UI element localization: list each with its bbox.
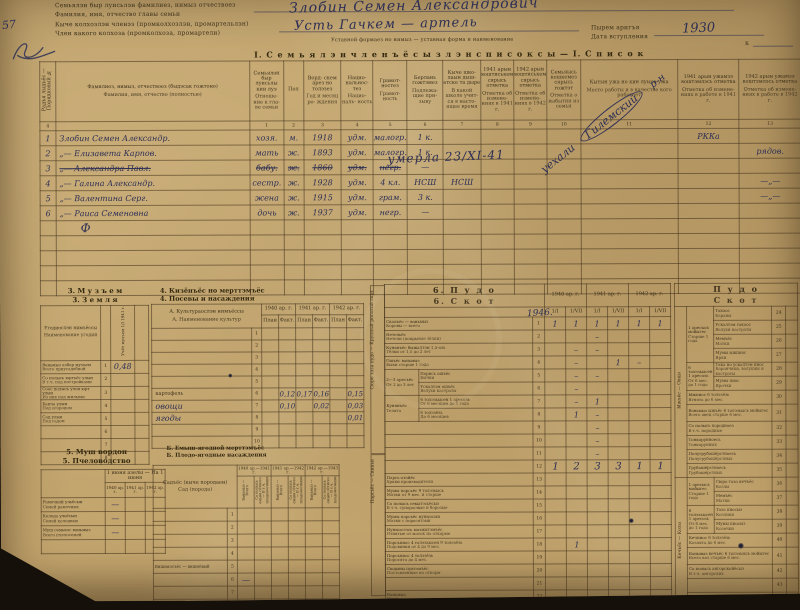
livestock-value [587,356,608,369]
rpanel-label: ГрубошёрстноесьГрубошёрстных [687,463,772,477]
rpanel-label: Ваньмыз кечъёс 6 толэзьысь мойыгесВсего … [687,547,772,564]
label-head-of-family-udm: Семьялэн быр луисьлэн фамилиез, нимыз от… [55,3,236,11]
plan-fact-label: Факт. [347,318,363,323]
label-udm: Нацио- нальнос- тез [342,76,373,92]
rpanel-label: Мумы ыжпиосЯрки [714,348,772,362]
crop-label [152,376,252,388]
member-cell: удм. [341,160,373,175]
fruit-value [237,534,254,547]
label-ru: Всего пчелосемей [43,533,104,537]
member-cell [374,249,408,264]
crop-row: овощи70,100,020,03 [152,400,364,413]
rpanel-number: 43 [773,578,787,592]
header-row: Угодиослэн нимъёссыНаименование угодийУч… [41,305,149,360]
livestock-value [545,577,566,590]
livestock-value [629,473,650,486]
livestock-value [650,512,671,525]
member-cell [514,129,547,144]
crop-value [296,328,313,340]
rpanel-row: 43 [675,578,798,592]
plan-fact-header: План [296,315,313,328]
year-header: 1940 ар. г. [105,482,125,497]
member-name [56,250,250,266]
plan-fact-label: План [296,319,312,324]
livestock-value [629,369,650,382]
rpanel-number: 40 [773,533,787,547]
member-cell [581,204,678,219]
crop-value [347,340,364,352]
rpanel-edge [786,463,798,477]
header-row: Садъёс (кыче породаен)Сад (порода)1940 а… [153,465,339,477]
rpanel-row: 44 [676,592,799,606]
year-label: 1940 ар. г. [262,307,295,313]
crop-value [347,424,364,436]
fruit-row: 4 [153,547,339,561]
livestock-table: 6. П у д о6. С к о т1940 ар. г.1941 ар. … [384,283,672,610]
label-ru [386,441,531,442]
subcol-header: Со полысь емыш сётисез — В т.ч. плодонос… [322,476,339,508]
cell-text: ж. [288,163,300,172]
land-row: 6 [41,426,149,439]
label-ru: Козочки [716,526,771,530]
species-strip-label: Кечъёс — Козы [679,522,684,559]
fruit-row: 6— [153,573,339,587]
livestock-value: 1 [608,356,629,369]
crop-value [330,424,347,436]
year-header: 1942 ар. г. [628,284,670,307]
crop-label [152,364,252,376]
crop-value [262,412,279,424]
rpanel-label: Ыжпиос 6 толэзёзьЯгнята до 6 мес. [687,390,772,404]
year-header: 1940 ар. г. [262,304,296,315]
land-number: 6 [101,426,111,439]
col-header: Садъёс (кыче породаен)Сад (порода) [153,465,237,508]
crop-value [296,340,313,352]
label-ru: Отнятые от маток на откорме [387,532,532,537]
label-kolkhoz-udm: Кыче колхозлэн членэз (промколхозлэн, пр… [55,22,249,30]
livestock-value [650,473,671,486]
fruit-value [271,547,288,560]
livestock-value [608,486,629,499]
livestock-value [545,395,566,408]
livestock-value [650,564,671,577]
crop-value [313,340,330,352]
rpanel-number: 33 [772,435,786,449]
fruit-value [288,573,305,586]
crops-table-container: А. Культураослэн нимъёссыА. Наименование… [151,303,365,449]
rpanel-label: Мумы пиосЯрочки [714,376,772,390]
member-cell [740,233,800,248]
fruit-number: 3 [227,534,237,547]
date-header: 1/I [629,307,650,317]
crop-value: 0,17 [296,388,313,400]
fruit-value [237,521,254,534]
member-name: „— Раиса Семеновна [56,205,250,221]
label-kolkhoz-ru: Член какого колхоза (промколхоза, промар… [55,31,220,38]
year-header: 1940 ар.—1941 г. [237,465,271,476]
crop-value [330,364,347,376]
date-header: 1/VII [608,307,629,317]
member-cell: 1928 [304,175,342,190]
member-cell [481,219,514,234]
member-number [40,266,56,281]
livestock-row: 6 толэзёзьДо 6 месяцев81– [385,408,671,422]
fruit-value [305,560,322,573]
livestock-value [587,551,608,564]
crop-value [262,328,279,340]
label-ru: Отметка о выбытии из семьи [547,94,580,110]
year-label: 1941 ар. г. [126,486,145,495]
livestock-row: Мумы парсьёс 9 толэзьысьМатки от 9 мес. … [385,486,671,500]
col-number: 8 [481,120,514,129]
livestock-value [650,421,671,434]
rpanel-row: ПолугрубошёрстноесьПолугрубошёрстных34 [675,449,798,463]
livestock-label [385,460,533,474]
bees-value [105,539,125,553]
fruit-value [305,573,322,586]
member-cell [408,234,444,249]
member-cell: м. [284,130,304,145]
member-cell [547,174,581,189]
label-ru: А. Наименование культур [152,317,261,323]
member-cell [250,265,284,280]
land-number: 4 [101,400,111,413]
label-ru: В т.ч. под постройками [42,380,99,384]
label-ru: В т.ч. ангорских [689,571,771,575]
livestock-label: 6 толэзёзьДо 6 месяцев [419,408,533,421]
crop-value [347,364,364,376]
spacer [385,307,545,318]
livestock-label: Парсь-атайёсХряки производители [385,473,533,487]
subcol-rotated: Ваньмыз — Всего [310,476,317,506]
livestock-value [545,512,566,525]
livestock-value [651,603,672,610]
member-cell [581,264,678,279]
label-ru: Телята [386,408,417,412]
fruit-number: 6 [227,573,237,586]
sheep-goats-table-container: П у д оС к о тЫжъёс — Овцы1 аресысь мойы… [674,283,799,607]
livestock-label: Со полысь 1 аресозьВ т.ч. до 1 года [386,603,534,610]
fruit-value [288,521,305,534]
member-cell [678,188,740,203]
year-header: 1940 ар. г. [544,284,586,307]
fruit-value [289,599,306,610]
crop-value [313,376,330,388]
label-udm [386,441,531,442]
member-cell [547,189,581,204]
livestock-value: – [587,330,608,343]
livestock-value [567,590,588,603]
rpanel-edge [786,376,798,390]
crop-row: 3 [152,352,364,365]
header-row: А. Культураослэн нимъёссыА. Наименование… [152,304,364,316]
label-head-of-family-ru: Фамилия, имя, отчество главы семьи [55,12,180,19]
member-cell [250,220,284,235]
member-cell: мать [250,145,284,160]
member-cell: грам. [373,189,407,204]
member-number [40,221,56,236]
crop-value [330,376,347,388]
rpanel-row: Со полысь породноезВ т.ч. породные32 [675,421,798,435]
crop-value: 0,16 [313,388,330,400]
land-row: Со полысь юртъёс улынВ т.ч. под постройк… [41,373,149,386]
crop-row: 9 [152,424,364,437]
date-header: 1/I [587,307,608,317]
livestock-value [587,577,608,590]
crop-value: 0,10 [279,400,296,412]
fruit-value: — [237,573,254,586]
crop-value [313,412,330,424]
rpanel-number: 30 [772,390,786,404]
rpanel-edge [786,435,798,449]
livestock-value [587,525,608,538]
livestock-value [608,564,629,577]
livestock-value [546,590,567,603]
fruit-number: 1 [227,508,237,521]
land-label: Соос полысь улон юрт улынИз них под жилы… [41,386,101,400]
land-value [111,400,135,413]
fruit-value [254,508,271,521]
livestock-value [608,577,629,590]
label-ru: В какой школе учит- ся в насто- ящее вре… [443,89,480,111]
label-udm [387,467,532,468]
label-ru: Грамот- ность [374,91,407,102]
crop-value [313,364,330,376]
col-header-rotated: Радъя лыдъёс — Порядковый № [43,62,53,117]
fruit-value [237,547,254,560]
bees-value: — [105,497,125,511]
member-cell [678,203,740,218]
livestock-value [566,512,587,525]
livestock-number: 6 [533,382,545,395]
land-label: Сад улынПод садом [41,413,101,426]
crop-number: 2 [252,340,262,352]
member-cell: 3 к. [407,189,443,204]
header-row: Радъя лыдъёс — Порядковый №Фамилиез, ним… [40,59,800,122]
member-cell: НСШ [443,174,481,189]
member-cell: — [407,204,443,219]
member-cell [342,235,374,250]
label-udm: Со полысь 1 аресозь [387,605,532,610]
col-header: Грамот- ностезГрамот- ность [373,60,407,120]
member-number [40,236,56,251]
livestock-value [630,603,651,610]
livestock-value [545,525,566,538]
fruit-value [323,586,340,599]
label-ru: До 6 месяцев [420,415,531,420]
crop-value [330,388,347,400]
livestock-row: 10– [385,434,671,448]
col-header: Радъя лыдъёс — Порядковый № [40,62,56,122]
livestock-value [608,512,629,525]
year-label: 1940 ар.—1941 г. [238,466,271,475]
member-cell [342,220,374,235]
member-cell [481,204,514,219]
label-ru: От 6 месяцев до 1 года [420,402,531,407]
rpanel-label: Сюро таза кечъёсКозлы [714,477,772,491]
bees-value [125,525,145,539]
year-header: 1942 ар.—1943 г. [305,465,339,476]
crop-value [262,352,279,364]
fruit-value [322,560,339,573]
crop-value [296,400,313,412]
fruit-value [288,508,305,521]
label-ru: Нетели (покрытые тёлки) [386,337,531,342]
livestock-row: Ускалтэм ошъёсВалухи кастраты6– [385,382,671,396]
livestock-label: 6 толэзьысен 1 аресозьОт 6 месяцев до 1 … [419,395,533,408]
member-cell [250,250,284,265]
subcol-rotated: Со полысь емыш сётисез — В т.ч. плодонос… [290,476,304,503]
plan-fact-label: Факт. [279,319,295,324]
member-cell [740,263,800,278]
fruit-value [238,586,255,599]
rpanel-number: 38 [772,505,786,519]
livestock-value [587,512,608,525]
crop-number: 1 [252,328,262,340]
col-header: Угодиослэн нимъёссыНаименование угодий [41,306,101,361]
livestock-number: 21 [533,577,545,590]
rpanel-row: ТонкорунноесьТонкорунных33 [675,435,798,449]
rpanel-row: Ыжъёс — Овцы1 аресысь мойыгесСтарше 1 го… [675,306,798,320]
date-label: 1/VII [650,309,670,314]
land-extra [135,400,149,413]
group-label: 2—3 аресъёсОт 2 до 3 лет [385,369,419,395]
label-ru: Отметка об измене- ниях в 1942 г. [514,91,546,113]
crops-table: А. Культураослэн нимъёссыА. Наименование… [151,303,365,449]
member-name-text: „— Елизавета Карпов. [59,148,156,157]
crop-value [262,376,279,388]
crop-value: 0,03 [347,400,364,412]
livestock-value [650,434,671,447]
label-ru: Полугрубошёрстных [689,456,771,460]
subcol-rotated: Ваньмыз — Всего [242,476,249,506]
label-ru: Бычки [420,376,531,381]
crop-number: 5 [252,376,262,388]
rpanel-number: 25 [772,320,786,334]
member-cell [443,219,481,234]
livestock-value [545,369,566,382]
label-ru: Матки [715,341,770,345]
member-cell [481,249,514,264]
livestock-value [629,538,650,551]
member-cell [342,250,374,265]
crop-value [279,412,296,424]
label-ru: От 2 до 3 лет [386,382,417,386]
livestock-label: Со полысь секытэсьёсызВ т.ч. супоросные … [385,499,533,513]
member-cell: —„— [739,173,800,188]
livestock-row: НетельёсНетели (покрытые тёлки)2– [385,330,671,344]
fruit-value [272,586,289,599]
label-ru: Семей колодных [43,519,104,523]
member-cell: ж. [284,205,304,220]
member-cell [374,264,408,279]
member-cell [284,235,304,250]
year-label: 1941 ар.—1942 г. [272,466,305,475]
member-cell [443,204,481,219]
rpanel-label [688,592,773,606]
livestock-value [545,356,566,369]
crop-number: 9 [252,424,262,436]
member-cell [581,219,678,234]
livestock-value [650,395,671,408]
rpanel-number: 37 [772,491,786,505]
label-ru: Ярочки [716,383,771,387]
crop-row: 5 [152,376,364,389]
livestock-row: 11– [385,447,671,461]
livestock-table-container: 6. П у д о6. С к о т1940 ар. г.1941 ар. … [384,283,672,610]
age-group-label: 1 аресысь мойыгесСтарше 1 года [687,306,714,362]
member-cell [444,264,482,279]
livestock-value [650,330,671,343]
section-title-cell: 6. П у д о6. С к о т [384,284,544,308]
date-header: 1/VII [566,307,587,317]
fruit-value [305,508,322,521]
livestock-label: Порись ошъёсБычки [419,369,533,382]
rpanel-number: 31 [772,404,786,421]
livestock-value [566,486,587,499]
rpanel-title-ru: С к о т [675,296,797,305]
fruit-table-container: Садъёс (кыче породаен)Сад (порода)1940 а… [153,464,341,610]
crop-value [262,400,279,412]
footnote-underline [753,46,793,47]
col-header [41,470,105,498]
crop-label-text: картофель [155,391,250,397]
member-cell [514,219,547,234]
rpanel-number: 32 [772,421,786,435]
livestock-value: – [587,447,608,460]
livestock-number: 14 [533,486,545,499]
livestock-number: 10 [533,434,545,447]
livestock-value [609,590,630,603]
livestock-number: 22 [534,590,546,603]
member-cell [740,203,800,218]
livestock-value [608,330,629,343]
member-cell [514,264,547,279]
group-label: КунянъёсТелята [385,395,419,421]
age-group-label: 1 аресысь мойыгесСтарше 1 года [687,477,714,505]
label-ru [387,584,532,585]
bees-label: Рамочной ульёсынСемей рамочных [41,498,105,512]
label-ru: Семей рамочных [43,505,104,509]
livestock-value [545,538,566,551]
livestock-title-udm: 6. П у д о [385,286,544,295]
member-cell [547,264,581,279]
livestock-value [587,473,608,486]
label-udm: 1941 арын ужамзэ воштэмлэсь отметка [678,75,739,86]
member-cell [581,174,678,189]
livestock-value [545,499,566,512]
livestock-value [650,382,671,395]
crop-value [262,364,279,376]
sheep-goats-table: П у д оС к о тЫжъёс — Овцы1 аресысь мойы… [674,283,799,607]
livestock-number: 8 [533,408,545,421]
livestock-number: 1 [533,317,545,330]
livestock-number: 13 [533,473,545,486]
member-name-text: Ф [81,221,91,235]
rpanel-number: 44 [773,592,787,606]
livestock-value [651,590,672,603]
member-name: „— Валентина Серг. [56,190,250,206]
fruit-number: 2 [227,521,237,534]
rpanel-number: 36 [772,477,786,491]
land-label [41,426,101,439]
member-name: „— Галина Александр. [56,175,250,191]
land-value: 0,48 [111,360,135,373]
rpanel-label [687,578,772,592]
member-cell [408,249,444,264]
subcol-rotated: Со полысь емыш сётисез — В т.ч. плодонос… [256,476,270,503]
land-extra [135,413,149,426]
